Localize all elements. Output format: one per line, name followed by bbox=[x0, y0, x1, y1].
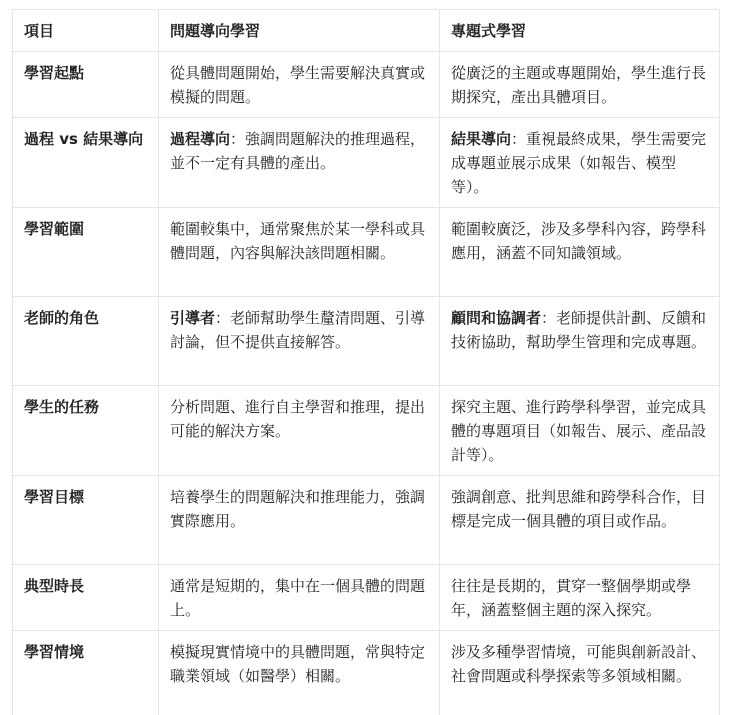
pbl-cell: 培養學生的問題解決和推理能力，強調實際應用。 bbox=[159, 476, 440, 565]
project-cell: 強調創意、批判思維和跨學科合作，目標是完成一個具體的項目或作品。 bbox=[440, 476, 720, 565]
pbl-text: 從具體問題開始，學生需要解決真實或模擬的問題。 bbox=[170, 64, 425, 106]
row-item: 學習範圍 bbox=[13, 208, 159, 297]
row-item: 學習起點 bbox=[13, 52, 159, 118]
row-item: 學生的任務 bbox=[13, 386, 159, 476]
table-row: 老師的角色 引導者：老師幫助學生釐清問題、引導討論，但不提供直接解答。 顧問和協… bbox=[13, 297, 720, 386]
table-row: 學習目標 培養學生的問題解決和推理能力，強調實際應用。 強調創意、批判思維和跨學… bbox=[13, 476, 720, 565]
comparison-table: 項目 問題導向學習 專題式學習 學習起點 從具體問題開始，學生需要解決真實或模擬… bbox=[12, 9, 720, 715]
pbl-text: 培養學生的問題解決和推理能力，強調實際應用。 bbox=[170, 488, 425, 530]
table-row: 典型時長 通常是短期的，集中在一個具體的問題上。 往往是長期的，貫穿一整個學期或… bbox=[13, 565, 720, 631]
header-project-based-learning: 專題式學習 bbox=[440, 10, 720, 52]
project-cell: 往往是長期的，貫穿一整個學期或學年，涵蓋整個主題的深入探究。 bbox=[440, 565, 720, 631]
pbl-text: 模擬現實情境中的具體問題，常與特定職業領域（如醫學）相關。 bbox=[170, 643, 425, 685]
pbl-cell: 範圍較集中，通常聚焦於某一學科或具體問題，內容與解決該問題相關。 bbox=[159, 208, 440, 297]
row-item: 過程 vs 結果導向 bbox=[13, 118, 159, 208]
header-row: 項目 問題導向學習 專題式學習 bbox=[13, 10, 720, 52]
header-item: 項目 bbox=[13, 10, 159, 52]
project-text: 範圍較廣泛，涉及多學科內容，跨學科應用，涵蓋不同知識領域。 bbox=[451, 220, 706, 262]
pbl-cell: 分析問題、進行自主學習和推理，提出可能的解決方案。 bbox=[159, 386, 440, 476]
pbl-cell: 模擬現實情境中的具體問題，常與特定職業領域（如醫學）相關。 bbox=[159, 631, 440, 715]
table-row: 學習情境 模擬現實情境中的具體問題，常與特定職業領域（如醫學）相關。 涉及多種學… bbox=[13, 631, 720, 715]
project-cell: 顧問和協調者：老師提供計劃、反饋和技術協助，幫助學生管理和完成專題。 bbox=[440, 297, 720, 386]
pbl-text: 通常是短期的，集中在一個具體的問題上。 bbox=[170, 577, 425, 619]
table-row: 學生的任務 分析問題、進行自主學習和推理，提出可能的解決方案。 探究主題、進行跨… bbox=[13, 386, 720, 476]
pbl-cell: 從具體問題開始，學生需要解決真實或模擬的問題。 bbox=[159, 52, 440, 118]
project-cell: 探究主題、進行跨學科學習，並完成具體的專題項目（如報告、展示、產品設計等）。 bbox=[440, 386, 720, 476]
row-item: 老師的角色 bbox=[13, 297, 159, 386]
row-item: 典型時長 bbox=[13, 565, 159, 631]
project-cell: 範圍較廣泛，涉及多學科內容，跨學科應用，涵蓋不同知識領域。 bbox=[440, 208, 720, 297]
project-text: 強調創意、批判思維和跨學科合作，目標是完成一個具體的項目或作品。 bbox=[451, 488, 706, 530]
row-item: 學習目標 bbox=[13, 476, 159, 565]
pbl-lead: 過程導向 bbox=[170, 130, 230, 148]
project-lead: 結果導向 bbox=[451, 130, 511, 148]
pbl-text: 範圍較集中，通常聚焦於某一學科或具體問題，內容與解決該問題相關。 bbox=[170, 220, 425, 262]
project-cell: 從廣泛的主題或專題開始，學生進行長期探究，產出具體項目。 bbox=[440, 52, 720, 118]
header-problem-based-learning: 問題導向學習 bbox=[159, 10, 440, 52]
project-text: 從廣泛的主題或專題開始，學生進行長期探究，產出具體項目。 bbox=[451, 64, 706, 106]
pbl-cell: 通常是短期的，集中在一個具體的問題上。 bbox=[159, 565, 440, 631]
table-row: 學習起點 從具體問題開始，學生需要解決真實或模擬的問題。 從廣泛的主題或專題開始… bbox=[13, 52, 720, 118]
table-row: 過程 vs 結果導向 過程導向：強調問題解決的推理過程，並不一定有具體的產出。 … bbox=[13, 118, 720, 208]
project-lead: 顧問和協調者 bbox=[451, 309, 541, 327]
pbl-cell: 引導者：老師幫助學生釐清問題、引導討論，但不提供直接解答。 bbox=[159, 297, 440, 386]
project-text: 往往是長期的，貫穿一整個學期或學年，涵蓋整個主題的深入探究。 bbox=[451, 577, 691, 619]
project-text: 探究主題、進行跨學科學習，並完成具體的專題項目（如報告、展示、產品設計等）。 bbox=[451, 398, 706, 464]
project-cell: 涉及多種學習情境，可能與創新設計、社會問題或科學探索等多領域相關。 bbox=[440, 631, 720, 715]
pbl-cell: 過程導向：強調問題解決的推理過程，並不一定有具體的產出。 bbox=[159, 118, 440, 208]
table-row: 學習範圍 範圍較集中，通常聚焦於某一學科或具體問題，內容與解決該問題相關。 範圍… bbox=[13, 208, 720, 297]
project-text: 涉及多種學習情境，可能與創新設計、社會問題或科學探索等多領域相關。 bbox=[451, 643, 706, 685]
project-cell: 結果導向：重視最終成果，學生需要完成專題並展示成果（如報告、模型等）。 bbox=[440, 118, 720, 208]
pbl-text: 分析問題、進行自主學習和推理，提出可能的解決方案。 bbox=[170, 398, 425, 440]
pbl-lead: 引導者 bbox=[170, 309, 215, 327]
row-item: 學習情境 bbox=[13, 631, 159, 715]
